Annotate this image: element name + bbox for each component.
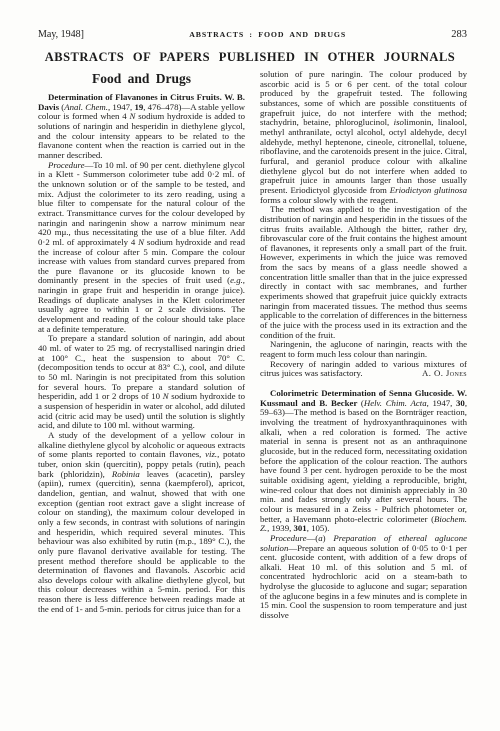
two-column-body: Food and Drugs Determination of Flavanon… bbox=[38, 70, 467, 621]
text-run: ) bbox=[323, 533, 334, 543]
text-run: limonin, linalool, methyl anthranilate, … bbox=[260, 117, 467, 195]
right-column-text: solution of pure naringin. The colour pr… bbox=[260, 70, 467, 621]
text-run: 30 bbox=[456, 398, 465, 408]
article-1-recovery-paragraph: Recovery of naringin added to various mi… bbox=[260, 360, 467, 379]
article-1-continuation-paragraph: solution of pure naringin. The colour pr… bbox=[260, 70, 467, 205]
text-run: , naringin in grape fruit and hesperidin… bbox=[38, 275, 245, 333]
text-run: , 59–63)—The method is based on the Born… bbox=[260, 398, 467, 524]
text-run: Naringenin, the aglucone of naringin, re… bbox=[260, 339, 467, 359]
left-column: Food and Drugs Determination of Flavanon… bbox=[38, 70, 245, 621]
header-running-title: ABSTRACTS : FOOD AND DRUGS bbox=[84, 30, 451, 39]
header-page-number: 283 bbox=[451, 29, 467, 40]
article-1-standards-paragraph: To prepare a standard solution of naring… bbox=[38, 334, 245, 431]
text-run: Helv. Chim. Acta bbox=[364, 398, 427, 408]
text-run: viz. bbox=[205, 449, 217, 459]
text-run: 19 bbox=[134, 102, 143, 112]
text-run: , 1947, bbox=[427, 398, 456, 408]
article-1-opening-paragraph: Determination of Flavanones in Citrus Fr… bbox=[38, 93, 245, 161]
article-1-application-paragraph: The method was applied to the investigat… bbox=[260, 205, 467, 340]
article-2-opening-paragraph: Colorimetric Determination of Senna Gluc… bbox=[260, 389, 467, 534]
text-run: —To 10 ml. of 90 per cent. diethylene gl… bbox=[38, 160, 245, 247]
text-run: , 105). bbox=[307, 523, 330, 533]
main-heading: ABSTRACTS OF PAPERS PUBLISHED IN OTHER J… bbox=[0, 50, 500, 65]
text-run: Procedure bbox=[48, 160, 84, 170]
text-run: Anal. Chem. bbox=[64, 102, 108, 112]
running-header: May, 1948] ABSTRACTS : FOOD AND DRUGS 28… bbox=[38, 29, 467, 40]
article-1-procedure-paragraph: Procedure—To 10 ml. of 90 per cent. diet… bbox=[38, 161, 245, 335]
left-column-text: Determination of Flavanones in Citrus Fr… bbox=[38, 93, 245, 614]
section-heading: Food and Drugs bbox=[38, 71, 245, 87]
text-run: —( bbox=[306, 533, 318, 543]
text-run: , 1947, bbox=[108, 102, 134, 112]
text-run: Eriodictyon glutinosa bbox=[390, 185, 467, 195]
journal-page: May, 1948] ABSTRACTS : FOOD AND DRUGS 28… bbox=[0, 0, 500, 731]
author-signature: A. O. Jones bbox=[406, 369, 467, 379]
text-run: Procedure bbox=[270, 533, 306, 543]
header-issue-date: May, 1948] bbox=[38, 29, 84, 40]
article-1-naringenin-paragraph: Naringenin, the aglucone of naringin, re… bbox=[260, 340, 467, 359]
right-column: solution of pure naringin. The colour pr… bbox=[260, 70, 467, 621]
text-run: e.g. bbox=[230, 275, 243, 285]
text-run: The method was applied to the investigat… bbox=[260, 204, 467, 340]
text-run: Robinia bbox=[112, 469, 140, 479]
text-run: —Prepare an aqueous solution of 0·05 to … bbox=[260, 543, 467, 621]
text-run: leaves (acacetin), parsley (apiin), rume… bbox=[38, 469, 245, 614]
text-run: forms a colour slowly with the reagent. bbox=[260, 195, 398, 205]
text-run: , 1939, bbox=[267, 523, 293, 533]
article-1-study-paragraph: A study of the development of a yellow c… bbox=[38, 431, 245, 614]
article-2-procedure-paragraph: Procedure—(a) Preparation of ethereal ag… bbox=[260, 534, 467, 621]
text-run: 301 bbox=[293, 523, 306, 533]
text-run: iso bbox=[394, 117, 404, 127]
